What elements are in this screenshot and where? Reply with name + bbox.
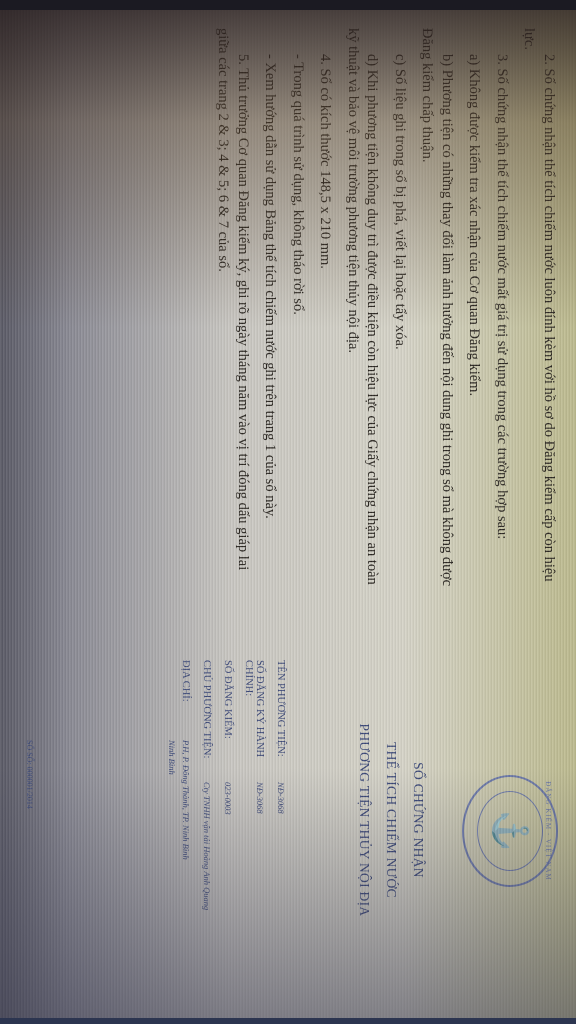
paragraph: c) Số liệu ghi trong sổ bị phá, viết lại… (390, 28, 410, 588)
serial-number: SỐ SỔ: 000001/2014 (25, 740, 34, 809)
paragraph: - Trong quá trình sử dụng, không tháo rờ… (288, 28, 308, 588)
paragraph: 3. Số chứng nhận thể tích chiếm nước mất… (492, 28, 512, 588)
address-continuation: Ninh Bình (167, 740, 177, 1000)
field-vessel-name: TÊN PHƯƠNG TIỆN: NĐ-3068 (275, 660, 286, 1000)
field-value: 023-0003 (222, 782, 233, 815)
paragraph: d) Khi phương tiện không duy trì được đi… (343, 28, 382, 588)
field-label: SỐ ĐĂNG KÝ HÀNH CHÍNH: (243, 660, 265, 782)
instructions-column: 2. Số chứng nhận thể tích chiếm nước luô… (205, 28, 558, 588)
paragraph: b) Phương tiện có những thay đổi làm ảnh… (417, 28, 456, 588)
anchor-icon: ⚓ (477, 791, 543, 871)
field-owner: CHỦ PHƯƠNG TIỆN: Cty TNHH vận tải Hoàng … (201, 660, 212, 1000)
field-address: ĐỊA CHỈ: P.H, P. Đông Thành, TP. Ninh Bì… (180, 660, 191, 1000)
title-line: PHƯƠNG TIỆN THỦY NỘI ĐỊA (356, 660, 372, 980)
field-label: SỐ ĐĂNG KIỂM: (222, 660, 233, 782)
official-stamp: ĐĂNG KIỂM · VIỆT NAM ⚓ (462, 775, 558, 887)
field-value: NĐ-3068 (275, 782, 286, 814)
field-value: NĐ-3068 (243, 782, 265, 814)
field-value: Cty TNHH vận tải Hoàng Anh Quang (201, 782, 212, 910)
document-page: 2. Số chứng nhận thể tích chiếm nước luô… (0, 0, 576, 1024)
screen-top-bezel (0, 0, 576, 10)
field-inspection-number: SỐ ĐĂNG KIỂM: 023-0003 (222, 660, 233, 1000)
paragraph: 2. Số chứng nhận thể tích chiếm nước luô… (519, 28, 558, 588)
title-line: SỔ CHỨNG NHẬN (410, 660, 426, 980)
paragraph: 4. Sổ có kích thước 148,5 x 210 mm. (315, 28, 335, 588)
field-registration-number: SỐ ĐĂNG KÝ HÀNH CHÍNH: NĐ-3068 (243, 660, 265, 1000)
screen-bottom-bezel (0, 1018, 576, 1024)
title-line: THỂ TÍCH CHIẾM NƯỚC (383, 660, 399, 980)
stamp-text: ĐĂNG KIỂM · VIỆT NAM (544, 777, 552, 885)
field-value: P.H, P. Đông Thành, TP. Ninh Bình (180, 740, 191, 860)
cover-column: ĐĂNG KIỂM · VIỆT NAM ⚓ SỔ CHỨNG NHẬN THỂ… (0, 620, 576, 1024)
vessel-info: TÊN PHƯƠNG TIỆN: NĐ-3068 SỐ ĐĂNG KÝ HÀNH… (167, 660, 286, 1000)
certificate-title: SỔ CHỨNG NHẬN THỂ TÍCH CHIẾM NƯỚC PHƯƠNG… (345, 660, 426, 980)
paragraph: 5. Thủ trưởng Cơ quan Đăng kiểm ký, ghi … (213, 28, 252, 588)
paragraph: a) Không được kiểm tra xác nhận của Cơ q… (464, 28, 484, 588)
field-label: ĐỊA CHỈ: (180, 660, 191, 740)
field-label: TÊN PHƯƠNG TIỆN: (275, 660, 286, 782)
paragraph: - Xem hướng dẫn sử dụng Bảng thể tích ch… (260, 28, 280, 588)
field-label: CHỦ PHƯƠNG TIỆN: (201, 660, 212, 782)
